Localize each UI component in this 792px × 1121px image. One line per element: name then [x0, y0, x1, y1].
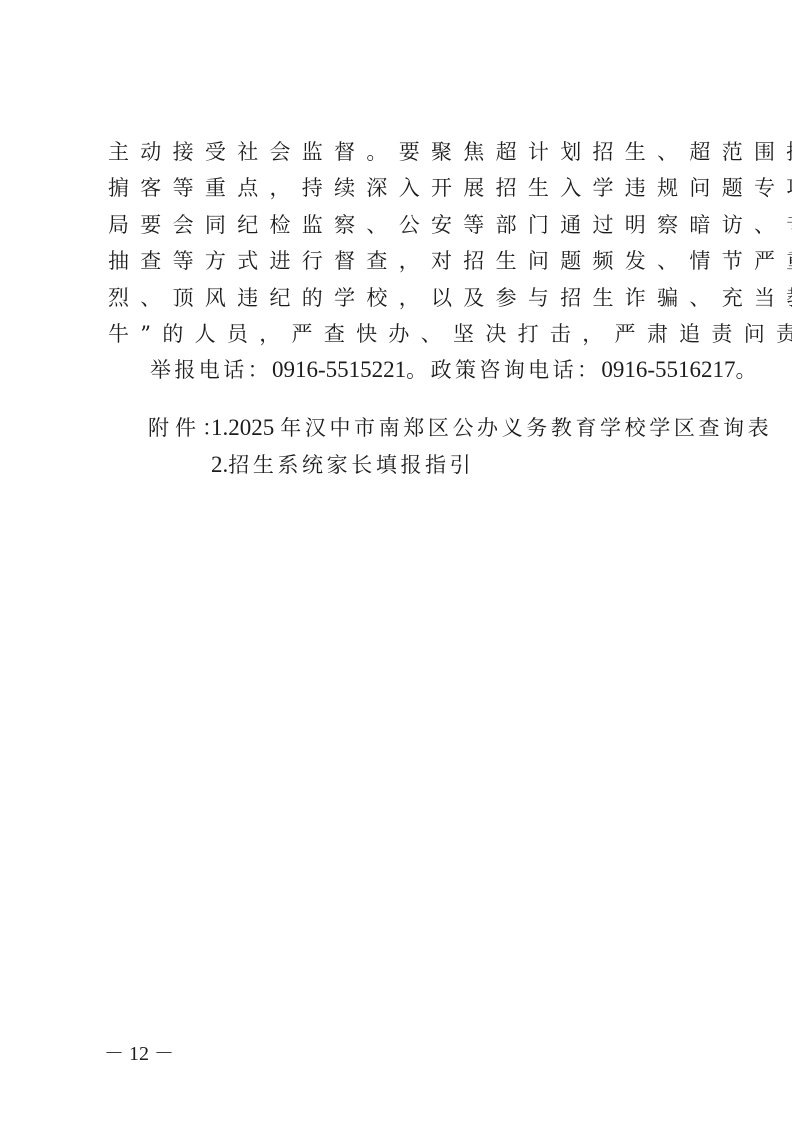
policy-hotline-label: 。政策咨询电话：	[406, 358, 601, 382]
report-hotline-label: 举报电话：	[150, 358, 272, 382]
body-line-2: 掮客等重点，持续深入开展招生入学违规问题专项整治。区教体	[108, 173, 792, 203]
page-number: － 12 －	[104, 1042, 174, 1066]
attachment-2-prefix: 2.	[211, 452, 228, 477]
body-line-5: 烈、顶风违纪的学校，以及参与招生诈骗、充当教育掮客和“黄	[108, 283, 792, 313]
hotline-paragraph: 举报电话：0916-5515221。政策咨询电话：0916-5516217。	[150, 355, 760, 385]
attachment-2-title: 招生系统家长填报指引	[228, 453, 474, 477]
policy-hotline-number: 0916-5516217	[601, 357, 735, 382]
body-line-6: 牛”的人员，严查快办、坚决打击，严肃追责问责。	[108, 319, 792, 349]
body-line-1: 主动接受社会监督。要聚焦超计划招生、超范围招生、打击教育	[108, 137, 792, 167]
document-page: 主动接受社会监督。要聚焦超计划招生、超范围招生、打击教育 掮客等重点，持续深入开…	[0, 0, 792, 1121]
body-line-3: 局要会同纪检监察、公安等部门通过明察暗访、专项督查、随机	[108, 210, 792, 240]
hotline-end-punct: 。	[736, 358, 760, 382]
attachment-item-2: 2.招生系统家长填报指引	[211, 450, 474, 480]
body-line-4: 抽查等方式进行督查，对招生问题频发、情节严重、社会反映强	[108, 246, 792, 276]
report-hotline-number: 0916-5515221	[272, 357, 406, 382]
attachment-item-1: 1.2025年汉中市南郑区公办义务教育学校学区查询表	[211, 413, 772, 443]
attachment-1-title: 年汉中市南郑区公办义务教育学校学区查询表	[280, 416, 772, 440]
attachment-1-prefix: 1.2025	[211, 415, 274, 440]
